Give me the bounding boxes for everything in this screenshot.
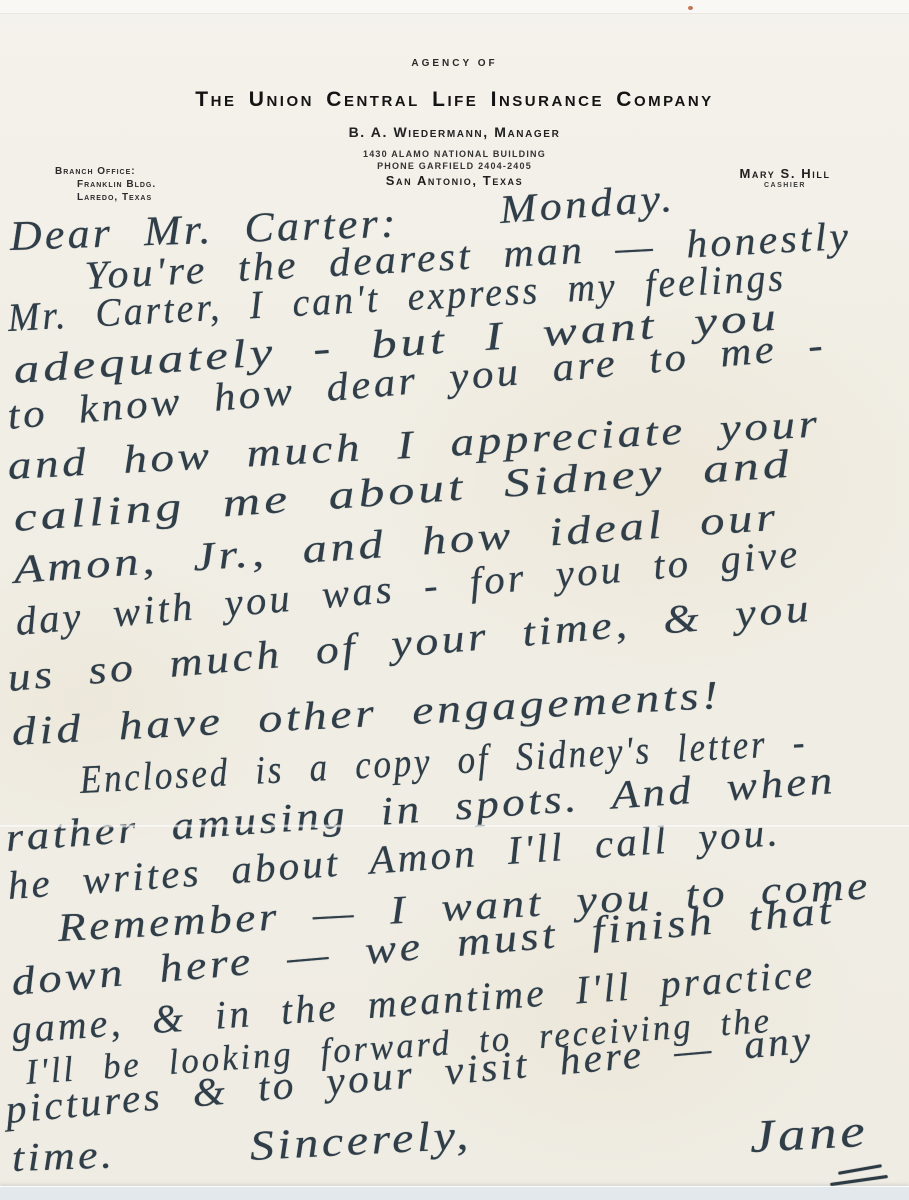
letterhead-address-line: 1430 ALAMO NATIONAL BUILDING	[0, 149, 909, 159]
handwritten-line: time.	[11, 1134, 116, 1178]
branch-office-building: Franklin Bldg.	[77, 179, 255, 190]
scan-top-edge	[0, 0, 909, 14]
scan-bottom-edge	[0, 1186, 909, 1200]
signature-flourish-stroke	[830, 1175, 888, 1186]
paper-speck	[688, 6, 693, 10]
letterhead-cashier-block: Mary S. Hill CASHIER	[700, 166, 870, 189]
scanned-letter-page: AGENCY OF The Union Central Life Insuran…	[0, 0, 909, 1200]
letterhead-manager-line: B. A. Wiedermann, Manager	[0, 124, 909, 140]
paper-fold-line	[0, 824, 909, 828]
handwritten-signature: Jane	[749, 1108, 870, 1160]
letterhead-agency-line: AGENCY OF	[0, 58, 909, 69]
cashier-title: CASHIER	[700, 182, 870, 189]
cashier-name: Mary S. Hill	[700, 166, 870, 181]
handwritten-closing: Sincerely,	[249, 1114, 473, 1168]
branch-office-label: Branch Office:	[55, 166, 255, 177]
signature-flourish-stroke	[838, 1164, 882, 1175]
branch-office-city: Laredo, Texas	[77, 192, 255, 203]
letterhead-company-name: The Union Central Life Insurance Company	[0, 88, 909, 112]
handwritten-date: Monday.	[498, 178, 676, 230]
letterhead-branch-office-block: Branch Office: Franklin Bldg. Laredo, Te…	[55, 166, 255, 203]
